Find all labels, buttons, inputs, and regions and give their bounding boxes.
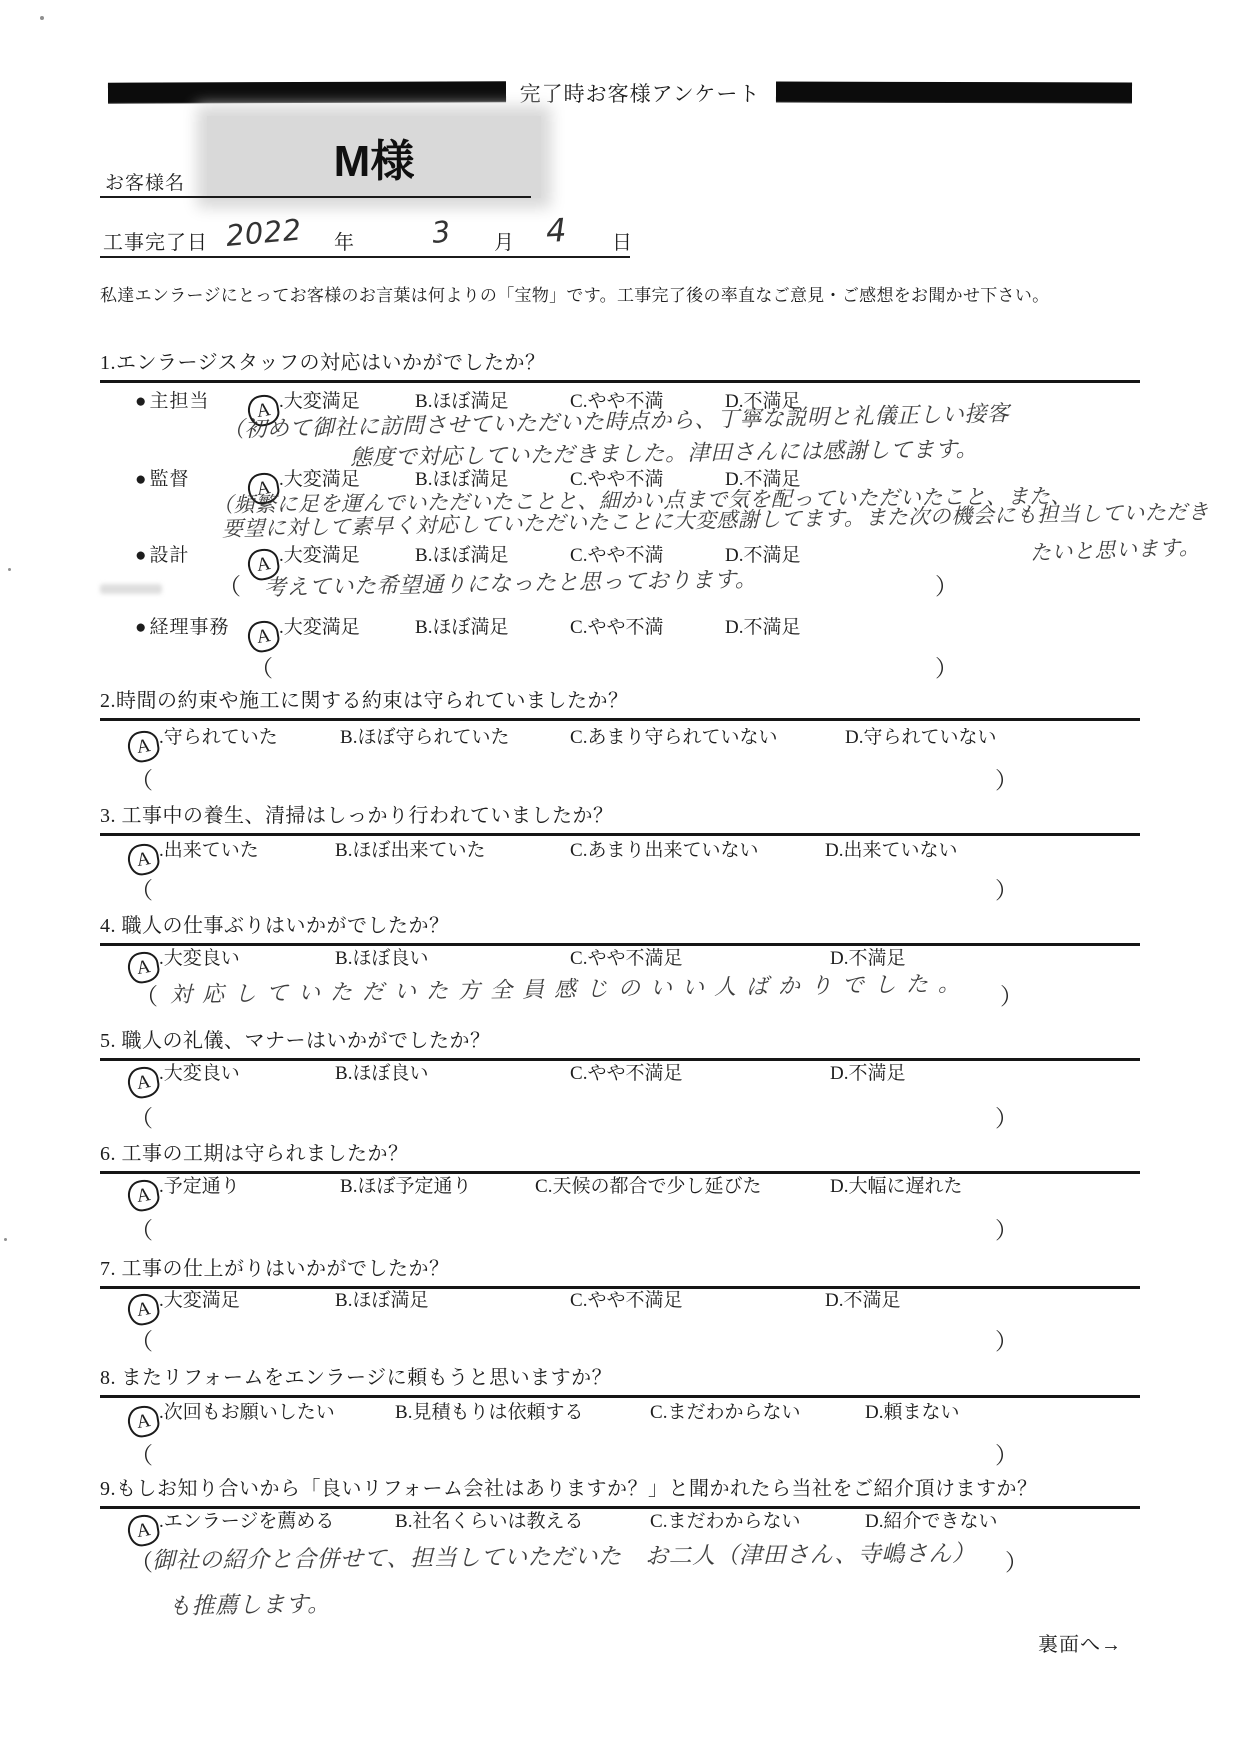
customer-name-label: お客様名 [105, 168, 185, 195]
comment-close-paren: ） [995, 1323, 1018, 1356]
page-title: 完了時お客様アンケート [506, 78, 774, 108]
question-4-title: 4. 職人の仕事ぶりはいかがでしたか？ [100, 909, 1140, 946]
q1-design-label: 設計 [149, 545, 189, 566]
customer-name-redaction-box: M様 [207, 116, 541, 198]
comment-close-paren: ） [995, 872, 1018, 905]
q4-options-row: A.大変良い B.ほぼ良い C.やや不満足 D.不満足 [128, 945, 1138, 972]
option-d: D.不満足 [830, 1060, 906, 1087]
q3-options-row: A.出来ていた B.ほぼ出来ていた C.あまり出来ていない D.出来ていない [128, 837, 1138, 864]
scanned-survey-page: 完了時お客様アンケート M様 お客様名 工事完了日 2022 年 3 月 4 日… [0, 0, 1242, 1754]
option-c: C.まだわからない [650, 1508, 800, 1535]
redaction-bar-right [776, 82, 1132, 103]
option-c: C.まだわからない [650, 1399, 800, 1426]
bullet-icon: ● [135, 391, 146, 412]
comment-close-paren: ） [995, 1437, 1018, 1470]
q9-options-row: A.エンラージを薦める B.社名くらいは教える C.まだわからない D.紹介でき… [128, 1508, 1138, 1535]
scan-smudge [100, 584, 162, 594]
option-a-selected: A.大変満足 [248, 614, 360, 652]
answer-circle-icon: A [126, 1291, 161, 1326]
comment-close-paren: ） [935, 568, 958, 601]
option-a-selected: A.守られていた [128, 724, 278, 762]
redaction-bar-left [108, 81, 506, 102]
q1-main-staff-label: 主担当 [149, 391, 209, 412]
option-d: D.頼まない [865, 1399, 960, 1426]
option-b: B.ほぼ満足 [415, 542, 508, 569]
comment-close-paren: ） [995, 1212, 1018, 1245]
question-6-title: 6. 工事の工期は守られましたか？ [100, 1137, 1140, 1174]
completion-date-label: 工事完了日 [103, 226, 208, 255]
option-b: B.ほぼ出来ていた [335, 837, 485, 864]
q1-accounting-row: ●経理事務 A.大変満足 B.ほぼ満足 C.やや不満 D.不満足 [135, 614, 1135, 641]
comment-close-paren: ） [1000, 978, 1023, 1011]
option-d: D.紹介できない [865, 1508, 998, 1535]
option-a-selected: A.予定通り [128, 1173, 240, 1211]
option-d: D.大幅に遅れた [830, 1173, 963, 1200]
answer-circle-icon: A [126, 1403, 161, 1438]
intro-text: 私達エンラージにとってお客様のお言葉は何よりの「宝物」です。工事完了後の率直なご… [100, 281, 1240, 306]
option-b: B.ほぼ満足 [335, 1287, 428, 1314]
q1-accounting-label: 経理事務 [149, 617, 229, 638]
handwritten-year: 2022 [225, 212, 303, 252]
date-underline [100, 256, 630, 258]
scan-speck [40, 16, 44, 20]
option-a-selected: A.出来ていた [128, 837, 259, 875]
answer-circle-icon: A [126, 728, 161, 763]
handwritten-comment-q9-1: 御社の紹介と合併せて、担当していただいた お二人（津田さん、寺嶋さん） [152, 1535, 976, 1575]
question-8-title: 8. またリフォームをエンラージに頼もうと思いますか？ [100, 1361, 1140, 1398]
option-b: B.ほぼ予定通り [340, 1173, 471, 1200]
q5-options-row: A.大変良い B.ほぼ良い C.やや不満足 D.不満足 [128, 1060, 1138, 1087]
option-d: D.出来ていない [825, 837, 958, 864]
comment-open-paren: （ [135, 978, 158, 1011]
option-d: D.不満足 [825, 1287, 901, 1314]
scan-speck [4, 1238, 7, 1241]
handwritten-comment-q4: 対応していただいた方全員感じのいい人ばかりでした。 [170, 967, 970, 1009]
q2-options-row: A.守られていた B.ほぼ守られていた C.あまり守られていない D.守られてい… [128, 724, 1138, 751]
question-3-title: 3. 工事中の養生、清掃はしっかり行われていましたか？ [100, 799, 1140, 836]
option-c: C.あまり守られていない [570, 724, 777, 751]
option-b: B.ほぼ満足 [415, 614, 508, 641]
comment-close-paren: ） [995, 762, 1018, 795]
option-a-selected: A.次回もお願いしたい [128, 1399, 335, 1437]
comment-open-paren: （ [130, 872, 153, 905]
handwritten-comment-q9-2: も推薦します。 [168, 1585, 331, 1621]
question-5-title: 5. 職人の礼儀、マナーはいかがでしたか？ [100, 1024, 1140, 1061]
answer-circle-icon: A [126, 1064, 161, 1099]
customer-name: M様 [334, 125, 415, 189]
q7-options-row: A.大変満足 B.ほぼ満足 C.やや不満足 D.不満足 [128, 1287, 1138, 1314]
q6-options-row: A.予定通り B.ほぼ予定通り C.天候の都合で少し延びた D.大幅に遅れた [128, 1173, 1138, 1200]
comment-open-paren: （ [130, 1544, 153, 1577]
q1-supervisor-label: 監督 [149, 469, 189, 490]
option-a-selected: A.大変満足 [128, 1287, 240, 1325]
bullet-icon: ● [135, 617, 146, 638]
comment-close-paren: ） [1005, 1544, 1028, 1577]
comment-open-paren: （ [130, 1437, 153, 1470]
comment-close-paren: ） [995, 1100, 1018, 1133]
comment-open-paren: （ [130, 1323, 153, 1356]
bullet-icon: ● [135, 469, 146, 490]
option-d: D.守られていない [845, 724, 997, 751]
question-1-title: 1.エンラージスタッフの対応はいかがでしたか？ [100, 346, 1140, 383]
comment-close-paren: ） [935, 650, 958, 683]
option-b: B.ほぼ良い [335, 945, 428, 972]
answer-circle-icon: A [246, 618, 281, 653]
month-unit: 月 [494, 226, 514, 255]
day-unit: 日 [612, 226, 632, 255]
comment-open-paren: （ [250, 650, 273, 683]
question-2-title: 2.時間の約束や施工に関する約束は守られていましたか？ [100, 684, 1140, 721]
comment-open-paren: （ [130, 762, 153, 795]
handwritten-month: 3 [430, 214, 452, 250]
option-c: C.やや不満足 [570, 945, 682, 972]
option-b: B.見積もりは依頼する [395, 1399, 583, 1426]
q8-options-row: A.次回もお願いしたい B.見積もりは依頼する C.まだわからない D.頼まない [128, 1399, 1138, 1426]
option-c: C.やや不満足 [570, 1060, 682, 1087]
option-c: C.あまり出来ていない [570, 837, 758, 864]
option-b: B.ほぼ良い [335, 1060, 428, 1087]
scan-speck [8, 568, 11, 571]
back-page-note: 裏面へ→ [1038, 1628, 1122, 1657]
option-b: B.社名くらいは教える [395, 1508, 583, 1535]
option-a-selected: A.大変良い [128, 1060, 240, 1098]
comment-open-paren: （ [130, 1212, 153, 1245]
comment-open-paren: （ [130, 1100, 153, 1133]
question-9-title: 9.もしお知り合いから「良いリフォーム会社はありますか？」と聞かれたら当社をご紹… [100, 1472, 1140, 1509]
option-d: D.不満足 [725, 614, 801, 641]
option-c: C.やや不満足 [570, 1287, 682, 1314]
question-7-title: 7. 工事の仕上がりはいかがでしたか？ [100, 1252, 1140, 1289]
option-c: C.天候の都合で少し延びた [535, 1173, 761, 1200]
year-unit: 年 [334, 226, 354, 255]
answer-circle-icon: A [126, 1177, 161, 1212]
handwritten-day: 4 [545, 211, 568, 250]
customer-name-underline [100, 196, 531, 198]
option-b: B.ほぼ守られていた [340, 724, 509, 751]
comment-open-paren: （ [218, 568, 241, 601]
option-c: C.やや不満 [570, 614, 663, 641]
bullet-icon: ● [135, 545, 146, 566]
